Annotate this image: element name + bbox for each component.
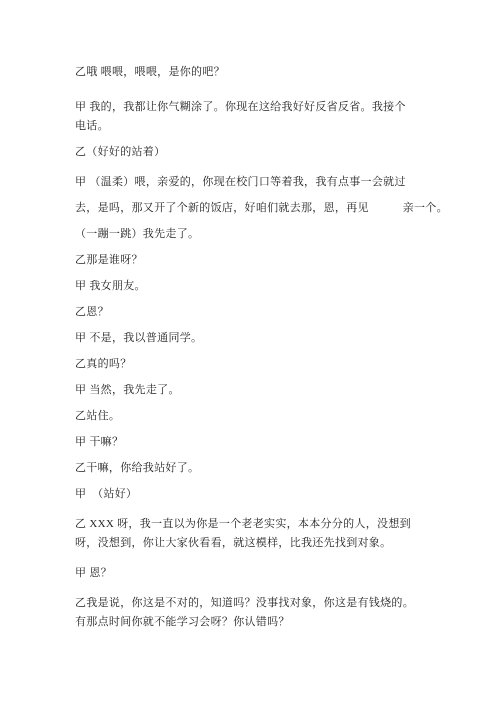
dialogue-line: 乙真的吗？ — [75, 354, 465, 374]
dialogue-line: 乙我是说，你这是不对的，知道吗？没事找对象，你这是有钱烧的。 — [75, 593, 465, 613]
dialogue-line: 有那点时间你就不能学习会呀？你认错吗？ — [75, 612, 465, 632]
dialogue-line: 乙哦 喂喂，喂喂，是你的吧？ — [75, 62, 465, 82]
document-page: 乙哦 喂喂，喂喂，是你的吧？ 甲 我的，我都让你气糊涂了。你现在这给我好好反省反… — [0, 0, 500, 708]
dialogue-line: 乙（好好的站着） — [75, 142, 465, 162]
dialogue-line: 甲 我的，我都让你气糊涂了。你现在这给我好好反省反省。我接个 — [75, 97, 465, 117]
dialogue-line: 甲 我女朋友。 — [75, 276, 465, 296]
dialogue-line: 乙干嘛，你给我站好了。 — [75, 458, 465, 478]
dialogue-line: （一蹦一跳）我先走了。 — [75, 224, 465, 244]
dialogue-line: 甲 不是，我以普通同学。 — [75, 328, 465, 348]
dialogue-line: 乙 XXX 呀，我一直以为你是一个老老实实，本本分分的人，没想到 — [75, 514, 465, 534]
dialogue-line: 乙那是谁呀？ — [75, 250, 465, 270]
dialogue-line: 去，是吗，那又开了个新的饭店，好咱们就去那，恩，再见 亲一个。 — [75, 198, 465, 218]
dialogue-line: 甲 当然，我先走了。 — [75, 380, 465, 400]
dialogue-line: 乙站住。 — [75, 406, 465, 426]
dialogue-line: 甲 干嘛？ — [75, 432, 465, 452]
dialogue-line: 甲 （温柔）喂，亲爱的，你现在校门口等着我，我有点事一会就过 — [75, 172, 465, 192]
dialogue-line: 乙恩？ — [75, 302, 465, 322]
dialogue-line: 电话。 — [75, 116, 465, 136]
dialogue-line: 甲 （站好） — [75, 484, 465, 504]
dialogue-line: 甲 恩？ — [75, 563, 465, 583]
dialogue-line: 呀，没想到，你让大家伙看看，就这模样，比我还先找到对象。 — [75, 533, 465, 553]
script-text-block: 乙哦 喂喂，喂喂，是你的吧？ 甲 我的，我都让你气糊涂了。你现在这给我好好反省反… — [75, 62, 465, 632]
